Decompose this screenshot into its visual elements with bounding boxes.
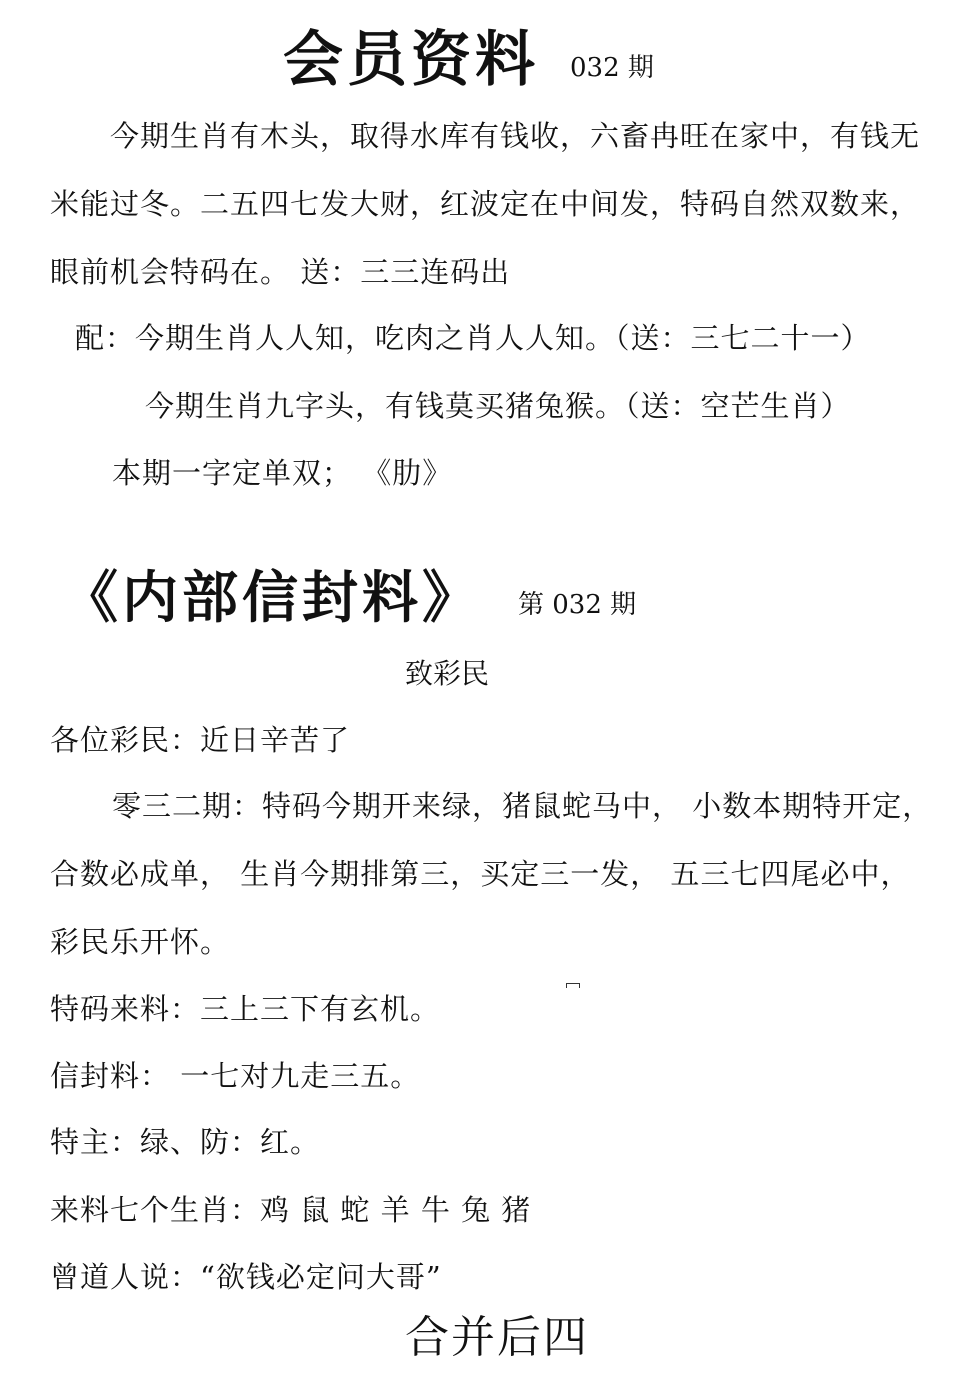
pei-line-2: 今期生肖九字头，有钱莫买猪兔猴。（送：空芒生肖） <box>145 392 851 421</box>
member-paragraph-line-1: 今期生肖有木头，取得水库有钱收，六畜冉旺在家中，有钱无 <box>110 122 920 151</box>
greeting-line: 各位彩民：近日辛苦了 <box>50 726 350 755</box>
envelope-section-title: 《内部信封料》 <box>62 570 482 626</box>
pei-line-1: 配：今期生肖人人知，吃肉之肖人人知。（送：三七二十一） <box>75 324 871 353</box>
member-section-issue: 032 期 <box>570 55 654 81</box>
member-section-title: 会员资料 <box>283 30 539 90</box>
main-color-line: 特主：绿、防：红。 <box>50 1128 320 1157</box>
single-char-line: 本期一字定单双； 《肋》 <box>112 459 452 488</box>
envelope-paragraph-line-1: 零三二期：特码今期开来绿，猪鼠蛇马中， 小数本期特开定， <box>112 792 932 821</box>
envelope-material-line: 信封料： 一七对九走三五。 <box>50 1062 420 1091</box>
quote-line: 曾道人说：“欲钱必定问大哥” <box>50 1263 442 1292</box>
envelope-paragraph-line-3: 彩民乐开怀。 <box>50 928 230 957</box>
addressee-center: 致彩民 <box>405 660 489 688</box>
seven-zodiacs-line: 来料七个生肖：鸡 鼠 蛇 羊 牛 兔 猪 <box>50 1196 531 1225</box>
member-paragraph-line-3: 眼前机会特码在。 送：三三连码出 <box>50 258 510 287</box>
member-paragraph-line-2: 米能过冬。二五四七发大财，红波定在中间发，特码自然双数来， <box>50 190 920 219</box>
envelope-section-issue: 第 032 期 <box>518 592 636 618</box>
footer-summary: 合并后四 <box>405 1316 589 1360</box>
envelope-paragraph-line-2: 合数必成单， 生肖今期排第三，买定三一发， 五三七四尾必中， <box>50 860 910 889</box>
scan-artifact-mark <box>566 983 580 988</box>
special-code-line: 特码来料：三上三下有玄机。 <box>50 995 440 1024</box>
